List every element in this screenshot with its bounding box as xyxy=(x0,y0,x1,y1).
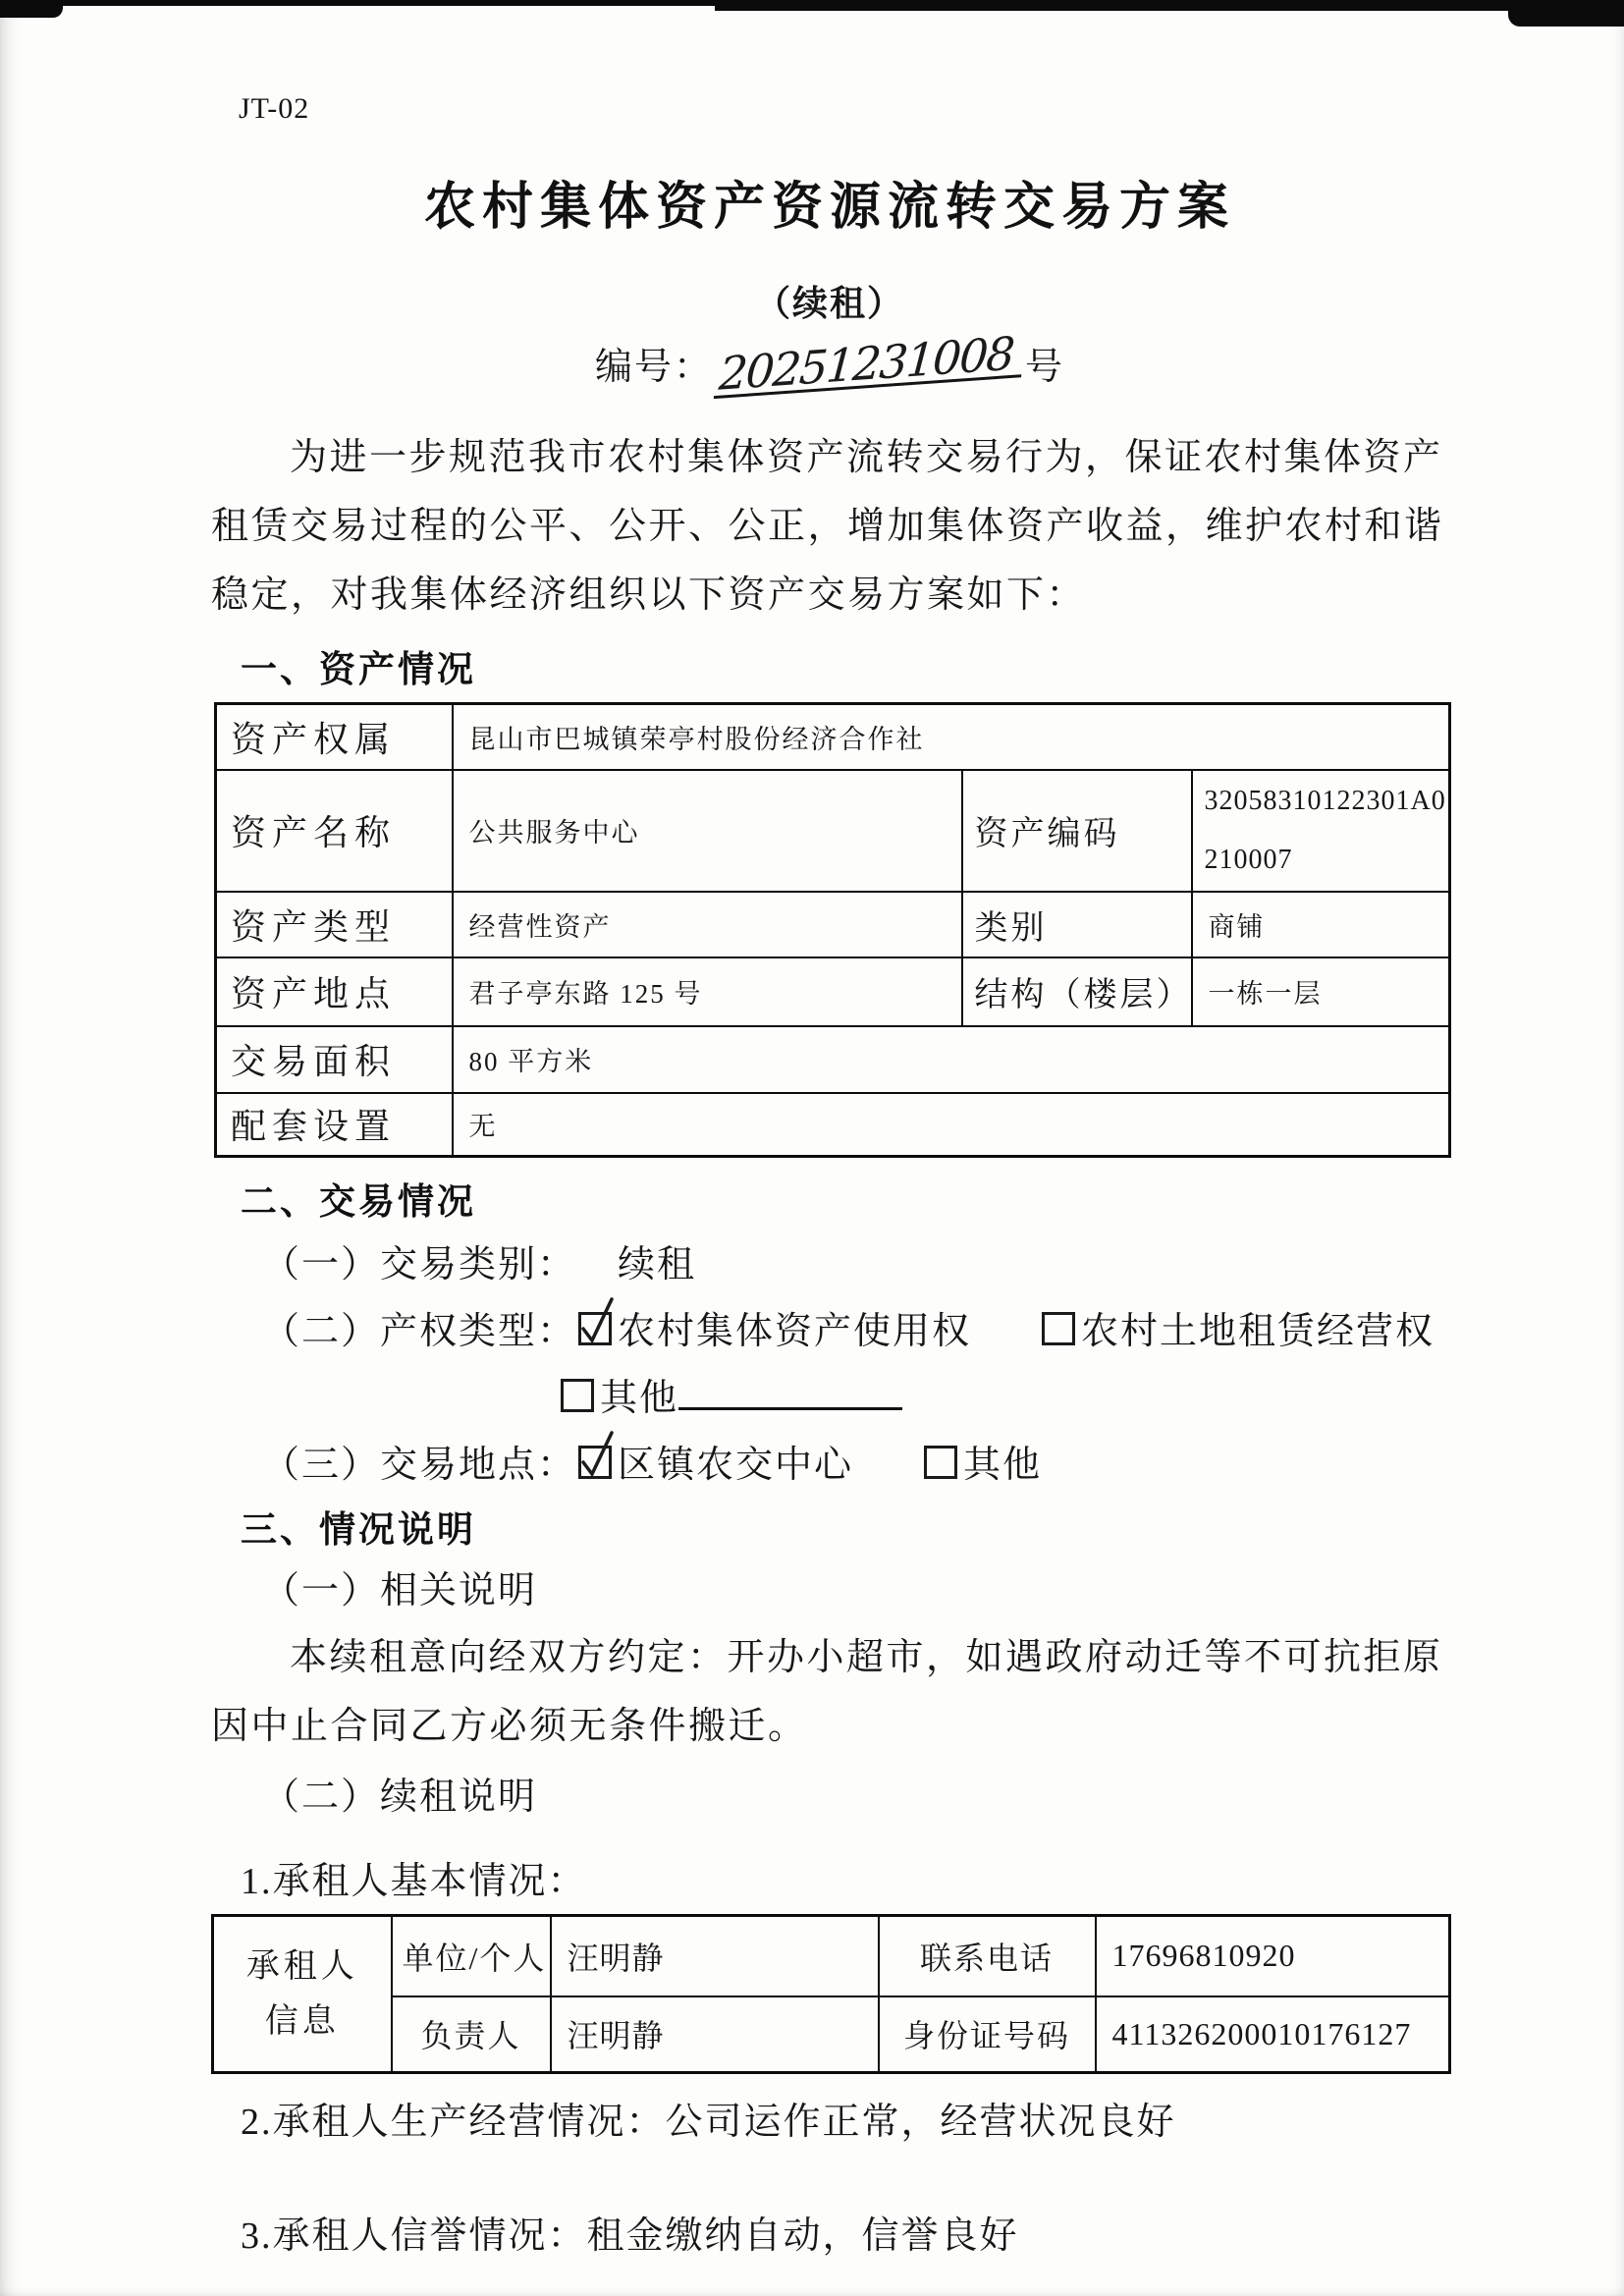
scan-artifact-top-line-thick xyxy=(715,0,1624,11)
renter-basic-heading: 1.承租人基本情况： xyxy=(241,1855,1448,1908)
asset-location-label: 资产地点 xyxy=(216,957,453,1026)
form-code: JT-02 xyxy=(239,92,1448,126)
facilities-label: 配套设置 xyxy=(216,1093,453,1157)
renew-notes-subheading: （二）续租说明 xyxy=(262,1769,1448,1826)
renter-info-label-line2: 信息 xyxy=(215,1995,390,2050)
asset-name-label: 资产名称 xyxy=(216,770,453,892)
intro-paragraph: 为进一步规范我市农村集体资产流转交易行为，保证农村集体资产 租赁交易过程的公平、… xyxy=(211,423,1448,629)
asset-owner-value: 昆山市巴城镇荣亭村股份经济合作社 xyxy=(453,704,1450,770)
property-right-other-label: 其他 xyxy=(600,1378,678,1419)
section-heading-notes: 三、情况说明 xyxy=(241,1505,1448,1555)
renter-credit-item: 3.承租人信誉情况：租金缴纳自动，信誉良好 xyxy=(241,2210,1448,2263)
checkbox-town-trade-center xyxy=(578,1446,612,1479)
asset-code-value: 32058310122301A0120 210007 xyxy=(1192,770,1450,892)
table-row: 资产权属 昆山市巴城镇荣亭村股份经济合作社 xyxy=(216,704,1450,770)
checkbox-rural-land-lease-right xyxy=(1042,1312,1075,1345)
unit-person-value: 汪明静 xyxy=(551,1916,879,1996)
document-title: 农村集体资产资源流转交易方案 xyxy=(211,165,1448,239)
scan-artifact-corner-right xyxy=(1508,0,1624,27)
unit-person-label: 单位/个人 xyxy=(392,1916,551,1996)
table-row: 资产地点 君子亭东路 125 号 结构（楼层） 一栋一层 xyxy=(216,957,1450,1026)
table-row: 负责人 汪明静 身份证号码 411326200010176127 xyxy=(213,1996,1450,2073)
responsible-person-label: 负责人 xyxy=(392,1996,551,2073)
deal-place-line: （三）交易地点：区镇农交中心其他 xyxy=(262,1437,1448,1494)
serial-label: 编号： xyxy=(595,347,713,388)
table-row: 配套设置 无 xyxy=(216,1093,1450,1157)
table-row: 资产名称 公共服务中心 资产编码 32058310122301A0120 210… xyxy=(216,770,1450,892)
scan-artifact-corner-left xyxy=(0,0,63,18)
notes-line: 本续租意向经双方约定：开办小超市，如遇政府动迁等不可抗拒原 xyxy=(211,1623,1448,1692)
section-heading-assets: 一、资产情况 xyxy=(241,645,1448,694)
checkbox-rural-asset-use-right xyxy=(578,1312,612,1345)
property-right-option1: 农村集体资产使用权 xyxy=(618,1311,971,1352)
checkbox-property-right-other xyxy=(561,1379,594,1412)
checkbox-deal-place-other xyxy=(924,1446,957,1479)
phone-label: 联系电话 xyxy=(879,1916,1096,1996)
blank-underline xyxy=(678,1370,902,1410)
asset-structure-label: 结构（楼层） xyxy=(962,957,1192,1026)
deal-type-line: （一）交易类别：续租 xyxy=(262,1236,1448,1293)
table-row: 交易面积 80 平方米 xyxy=(216,1026,1450,1093)
intro-line: 稳定，对我集体经济组织以下资产交易方案如下： xyxy=(211,561,1448,629)
asset-type-value: 经营性资产 xyxy=(453,892,962,957)
table-row: 承租人 信息 单位/个人 汪明静 联系电话 17696810920 xyxy=(213,1916,1450,1996)
asset-name-value: 公共服务中心 xyxy=(453,770,962,892)
deal-area-value: 80 平方米 xyxy=(453,1026,1450,1093)
asset-type-label: 资产类型 xyxy=(216,892,453,957)
serial-suffix: 号 xyxy=(1025,347,1064,388)
renter-info-label-line1: 承租人 xyxy=(215,1940,390,1995)
id-number-value: 411326200010176127 xyxy=(1096,1996,1450,2073)
serial-number-line: 编号：20251231008号 xyxy=(211,336,1448,390)
related-notes-subheading: （一）相关说明 xyxy=(262,1562,1448,1619)
asset-category-label: 类别 xyxy=(962,892,1192,957)
scanned-document-page: JT-02 农村集体资产资源流转交易方案 （续租） 编号：20251231008… xyxy=(0,0,1624,2296)
renter-info-group-label: 承租人 信息 xyxy=(213,1916,392,2073)
intro-line: 为进一步规范我市农村集体资产流转交易行为，保证农村集体资产 xyxy=(211,423,1448,492)
asset-structure-value: 一栋一层 xyxy=(1192,957,1450,1026)
serial-number-handwritten: 20251231008 xyxy=(714,333,1024,399)
table-row: 资产类型 经营性资产 类别 商铺 xyxy=(216,892,1450,957)
notes-line: 因中止合同乙方必须无条件搬迁。 xyxy=(211,1692,1448,1761)
property-right-prefix: （二）产权类型： xyxy=(262,1311,576,1352)
property-right-option2: 农村土地租赁经营权 xyxy=(1081,1311,1435,1352)
deal-place-option1: 区镇农交中心 xyxy=(618,1445,853,1486)
deal-type-value: 续租 xyxy=(618,1244,696,1285)
asset-info-table: 资产权属 昆山市巴城镇荣亭村股份经济合作社 资产名称 公共服务中心 资产编码 3… xyxy=(214,702,1451,1158)
section-heading-deal: 二、交易情况 xyxy=(241,1177,1448,1227)
deal-place-option2: 其他 xyxy=(963,1445,1042,1486)
facilities-value: 无 xyxy=(453,1093,1450,1157)
asset-code-line1: 32058310122301A0120 xyxy=(1205,772,1448,831)
phone-value: 17696810920 xyxy=(1096,1916,1450,1996)
property-right-other-line: 其他 xyxy=(559,1370,1448,1427)
deal-area-label: 交易面积 xyxy=(216,1026,453,1093)
intro-line: 租赁交易过程的公平、公开、公正，增加集体资产收益，维护农村和谐 xyxy=(211,492,1448,561)
asset-category-value: 商铺 xyxy=(1192,892,1450,957)
asset-code-label: 资产编码 xyxy=(962,770,1192,892)
property-right-line: （二）产权类型：农村集体资产使用权农村土地租赁经营权 xyxy=(262,1303,1448,1360)
id-number-label: 身份证号码 xyxy=(879,1996,1096,2073)
deal-place-prefix: （三）交易地点： xyxy=(262,1445,576,1486)
renter-info-table: 承租人 信息 单位/个人 汪明静 联系电话 17696810920 负责人 汪明… xyxy=(211,1914,1451,2074)
responsible-person-value: 汪明静 xyxy=(551,1996,879,2073)
renter-operation-item: 2.承租人生产经营情况：公司运作正常，经营状况良好 xyxy=(241,2096,1448,2149)
asset-location-value: 君子亭东路 125 号 xyxy=(453,957,962,1026)
document-subtitle: （续租） xyxy=(211,276,1448,326)
deal-type-prefix: （一）交易类别： xyxy=(262,1244,576,1285)
asset-owner-label: 资产权属 xyxy=(216,704,453,770)
document-content: JT-02 农村集体资产资源流转交易方案 （续租） 编号：20251231008… xyxy=(0,0,1624,2263)
asset-code-line2: 210007 xyxy=(1205,831,1448,890)
related-notes-paragraph: 本续租意向经双方约定：开办小超市，如遇政府动迁等不可抗拒原 因中止合同乙方必须无… xyxy=(211,1623,1448,1761)
